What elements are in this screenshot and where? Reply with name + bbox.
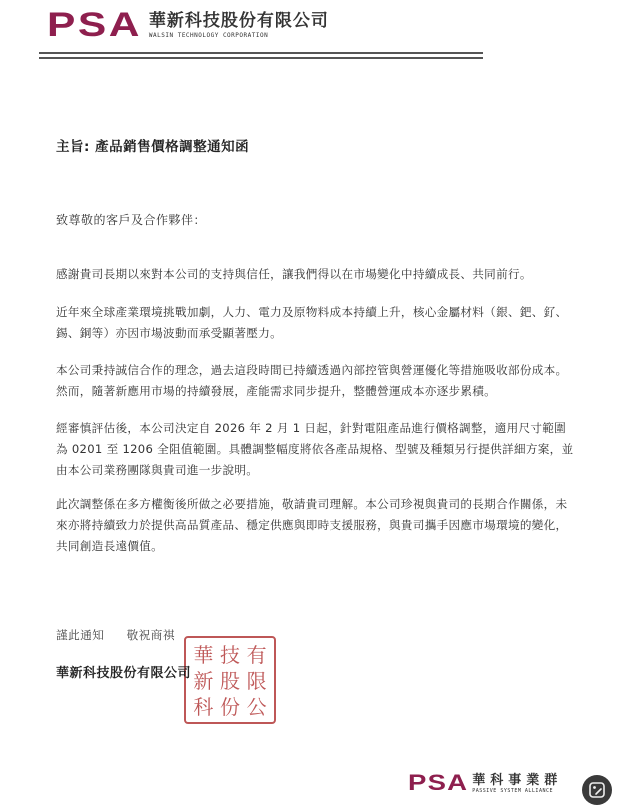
division-logo-footer: PSA 華科事業群 PASSIVE SYSTEM ALLIANCE <box>408 772 562 794</box>
paragraph-price-adjustment: 經審慎評估後，本公司決定自 2026 年 2 月 1 日起，針對電阻產品進行價格… <box>56 418 576 481</box>
closing-regards: 敬祝商祺 <box>127 628 175 642</box>
letter-subject: 主旨: 產品銷售價格調整通知函 <box>56 135 249 155</box>
division-name-en: PASSIVE SYSTEM ALLIANCE <box>472 788 562 794</box>
letter-closing: 謹此通知 敬祝商祺 <box>56 627 193 643</box>
psa-logo-text: PSA <box>47 8 142 42</box>
edit-image-button[interactable] <box>582 775 612 805</box>
paragraph-absorbed-costs: 本公司秉持誠信合作的理念，過去這段時間已持續透過內部控管與營運優化等措施吸收部份… <box>56 360 576 402</box>
psa-logo-text-footer: PSA <box>408 772 468 794</box>
seal-char: 股 <box>217 668 244 694</box>
division-name-block: 華科事業群 PASSIVE SYSTEM ALLIANCE <box>472 773 562 794</box>
letter-greeting: 致尊敬的客戶及合作夥伴： <box>56 211 206 228</box>
paragraph-cost-pressure: 近年來全球產業環境挑戰加劇，人力、電力及原物料成本持續上升，核心金屬材料（銀、鈀… <box>56 302 576 344</box>
paragraph-thanks: 感謝貴司長期以來對本公司的支持與信任，讓我們得以在市場變化中持續成長、共同前行。 <box>56 264 576 285</box>
header-divider-bottom <box>39 57 483 59</box>
paragraph-partnership: 此次調整係在多方權衡後所做之必要措施，敬請貴司理解。本公司珍視與貴司的長期合作關… <box>56 494 576 557</box>
seal-char: 份 <box>217 694 244 720</box>
seal-char: 公 <box>243 694 270 720</box>
seal-char: 新 <box>190 668 217 694</box>
seal-char: 科 <box>190 694 217 720</box>
seal-char: 技 <box>217 642 244 668</box>
letter-signature: 華新科技股份有限公司 <box>56 662 191 681</box>
company-logo-header: PSA 華新科技股份有限公司 WALSIN TECHNOLOGY CORPORA… <box>47 8 329 42</box>
seal-char: 有 <box>243 642 270 668</box>
company-name: 華新科技股份有限公司 <box>149 11 329 31</box>
header-divider-top <box>39 52 483 54</box>
seal-char: 限 <box>243 668 270 694</box>
company-name-block: 華新科技股份有限公司 WALSIN TECHNOLOGY CORPORATION <box>149 11 329 39</box>
edit-image-icon <box>588 781 606 799</box>
company-seal: 華 技 有 新 股 限 科 份 公 <box>184 636 276 724</box>
closing-notice: 謹此通知 <box>56 628 104 642</box>
seal-char: 華 <box>190 642 217 668</box>
division-name: 華科事業群 <box>472 773 562 788</box>
company-name-en: WALSIN TECHNOLOGY CORPORATION <box>149 32 329 39</box>
